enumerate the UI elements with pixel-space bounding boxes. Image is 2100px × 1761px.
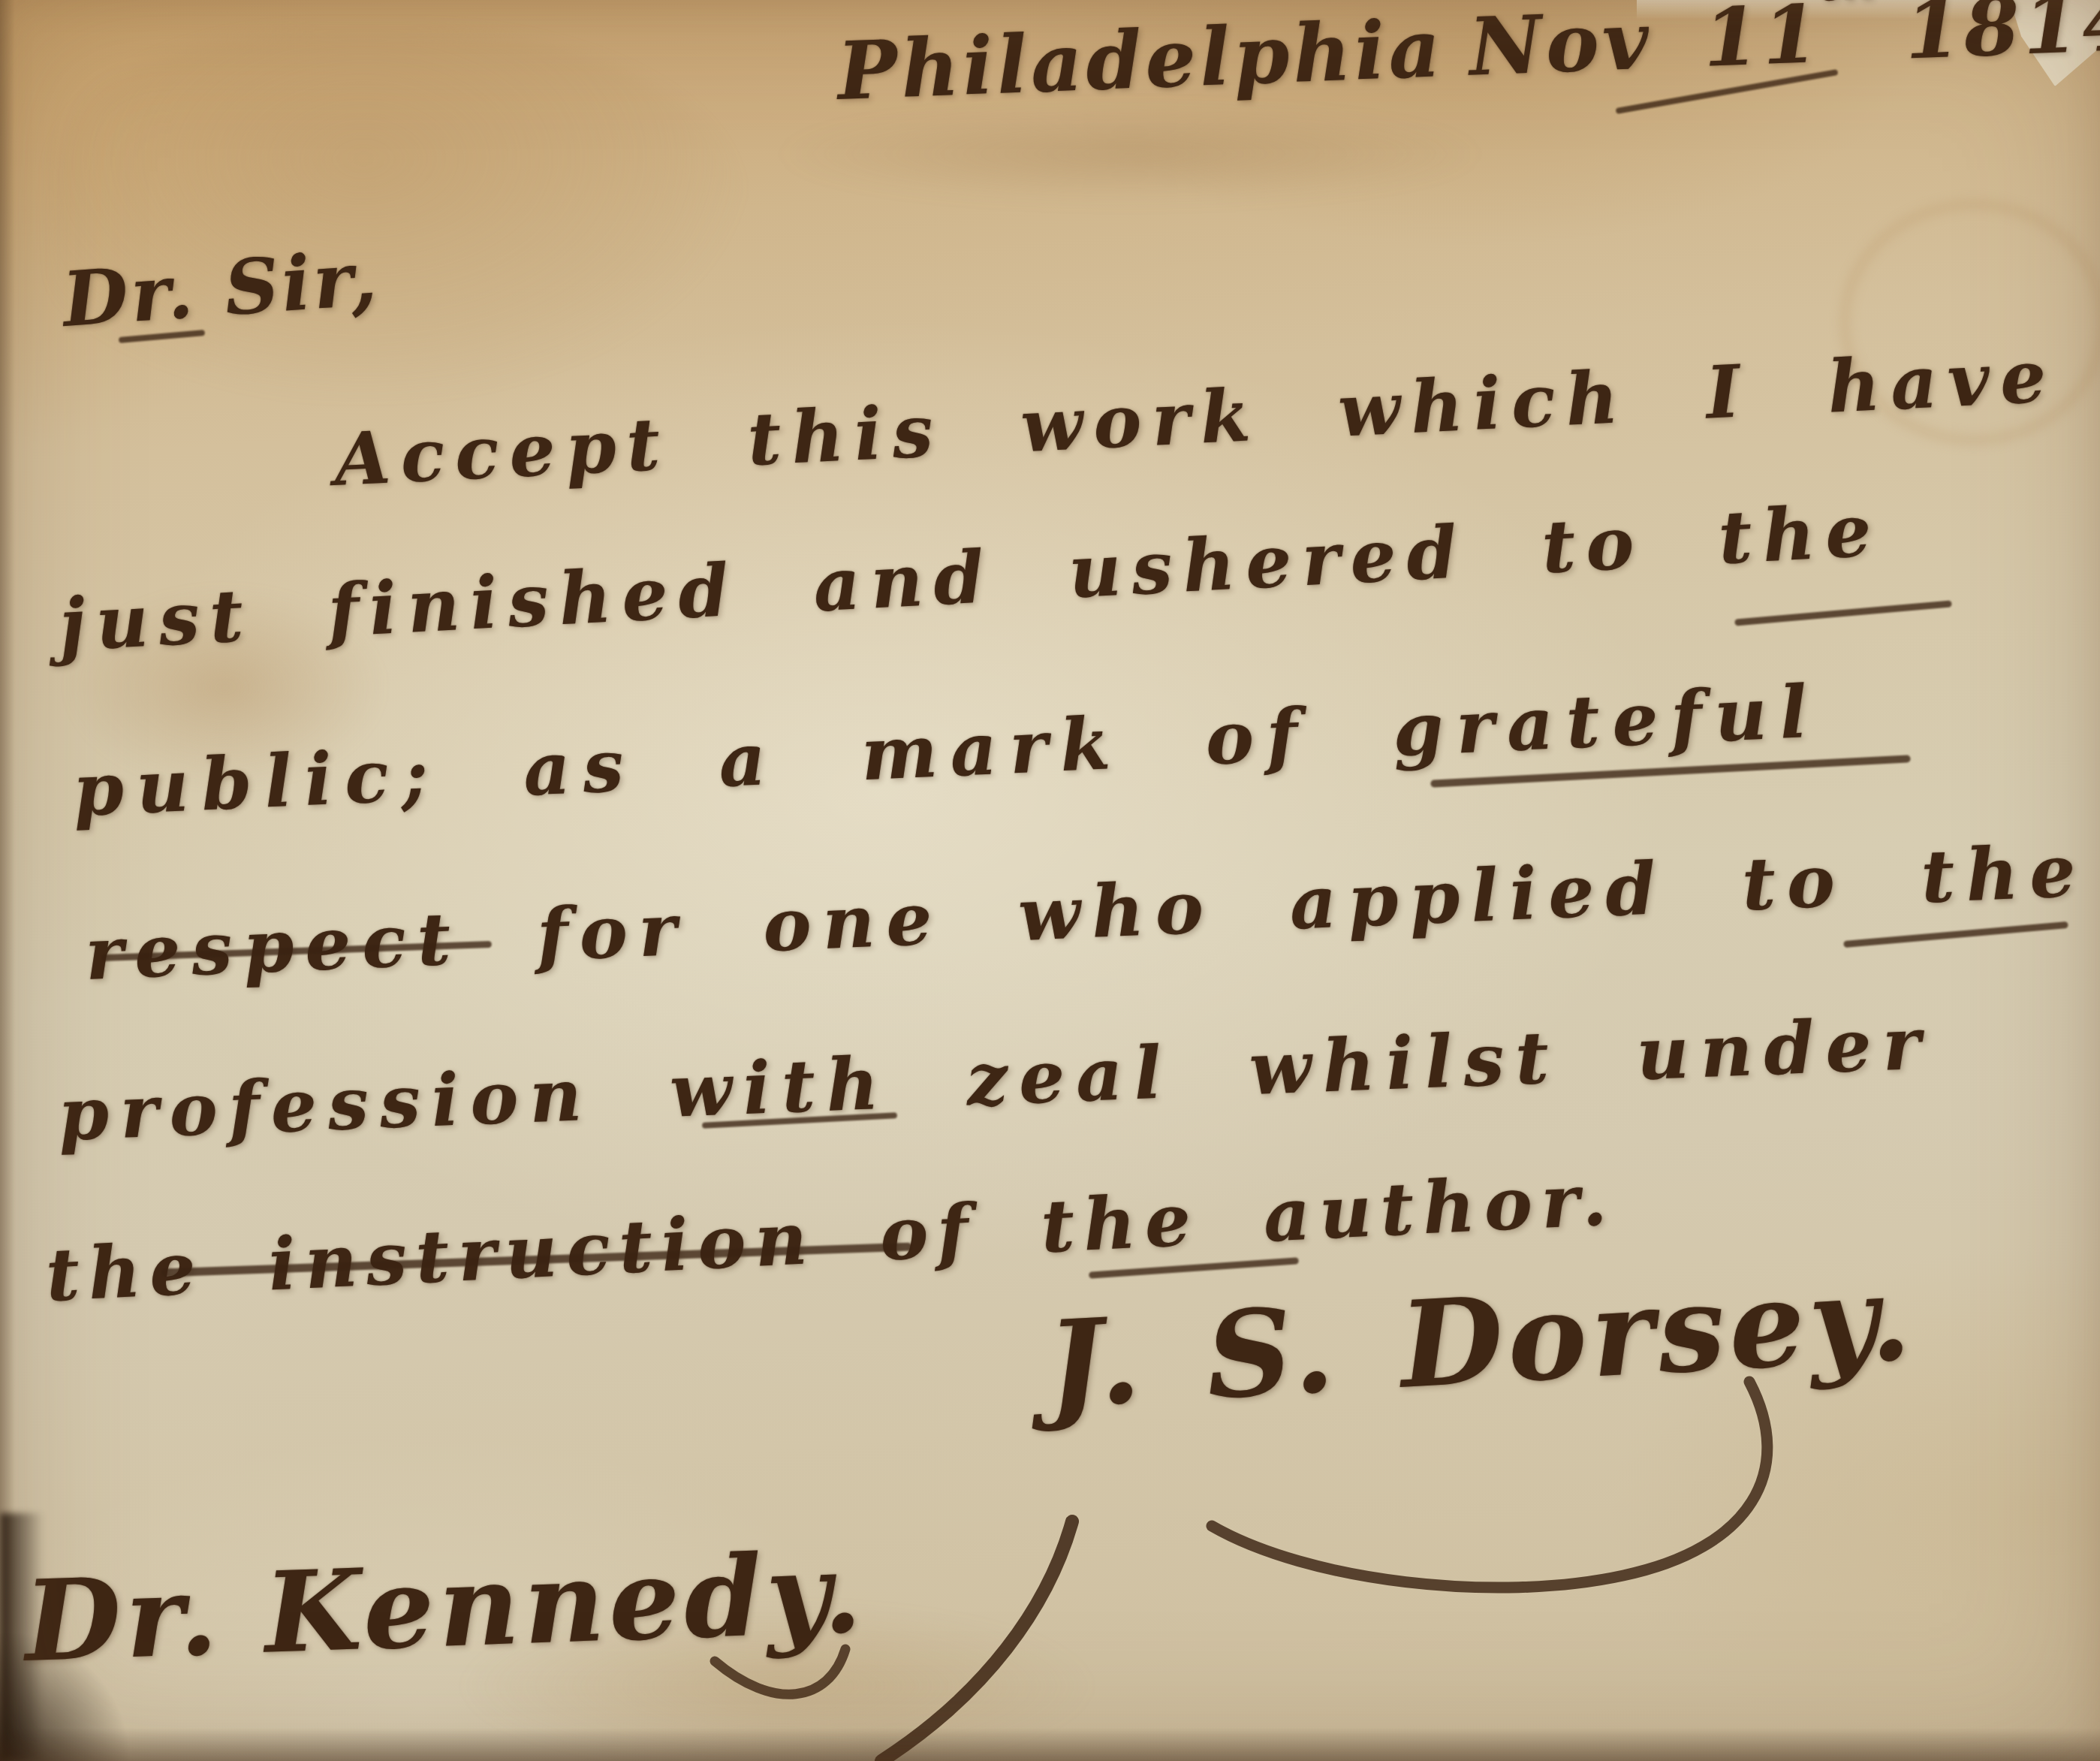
- paper-stain: [53, 30, 743, 398]
- dateline: PhiladelphiaNov 11th1814.: [836, 0, 2100, 118]
- body-line-2: just finished and ushered to the: [57, 487, 1884, 668]
- ink-stroke: [1843, 921, 2068, 948]
- body-line-5: profession with zeal whilst under: [57, 1000, 1933, 1157]
- salutation: Dr. Sir,: [60, 234, 382, 344]
- dateline-place: Philadelphia: [836, 1, 1445, 118]
- page-edge-shadow: [0, 0, 15, 1761]
- body-line-3: public; as a mark of grateful: [71, 668, 1821, 833]
- addressee-name: Dr. Kennedy.: [23, 1527, 868, 1687]
- ink-smudge: [773, 105, 1487, 203]
- page-edge-shadow: [0, 1728, 2100, 1761]
- body-line-1: Accept this work which I have: [332, 333, 2058, 502]
- dateline-ordinal: th: [1818, 0, 1879, 12]
- dateline-year: 1814.: [1903, 0, 2100, 77]
- letter-photo: PhiladelphiaNov 11th1814. Dr. Sir, Accep…: [0, 0, 2100, 1761]
- dateline-date: Nov 11: [1468, 0, 1824, 94]
- body-line-4: respect for one who applied to the: [83, 828, 2088, 997]
- ink-stroke: [1734, 600, 1952, 626]
- author-signature: J. S. Dorsey.: [1044, 1248, 1918, 1435]
